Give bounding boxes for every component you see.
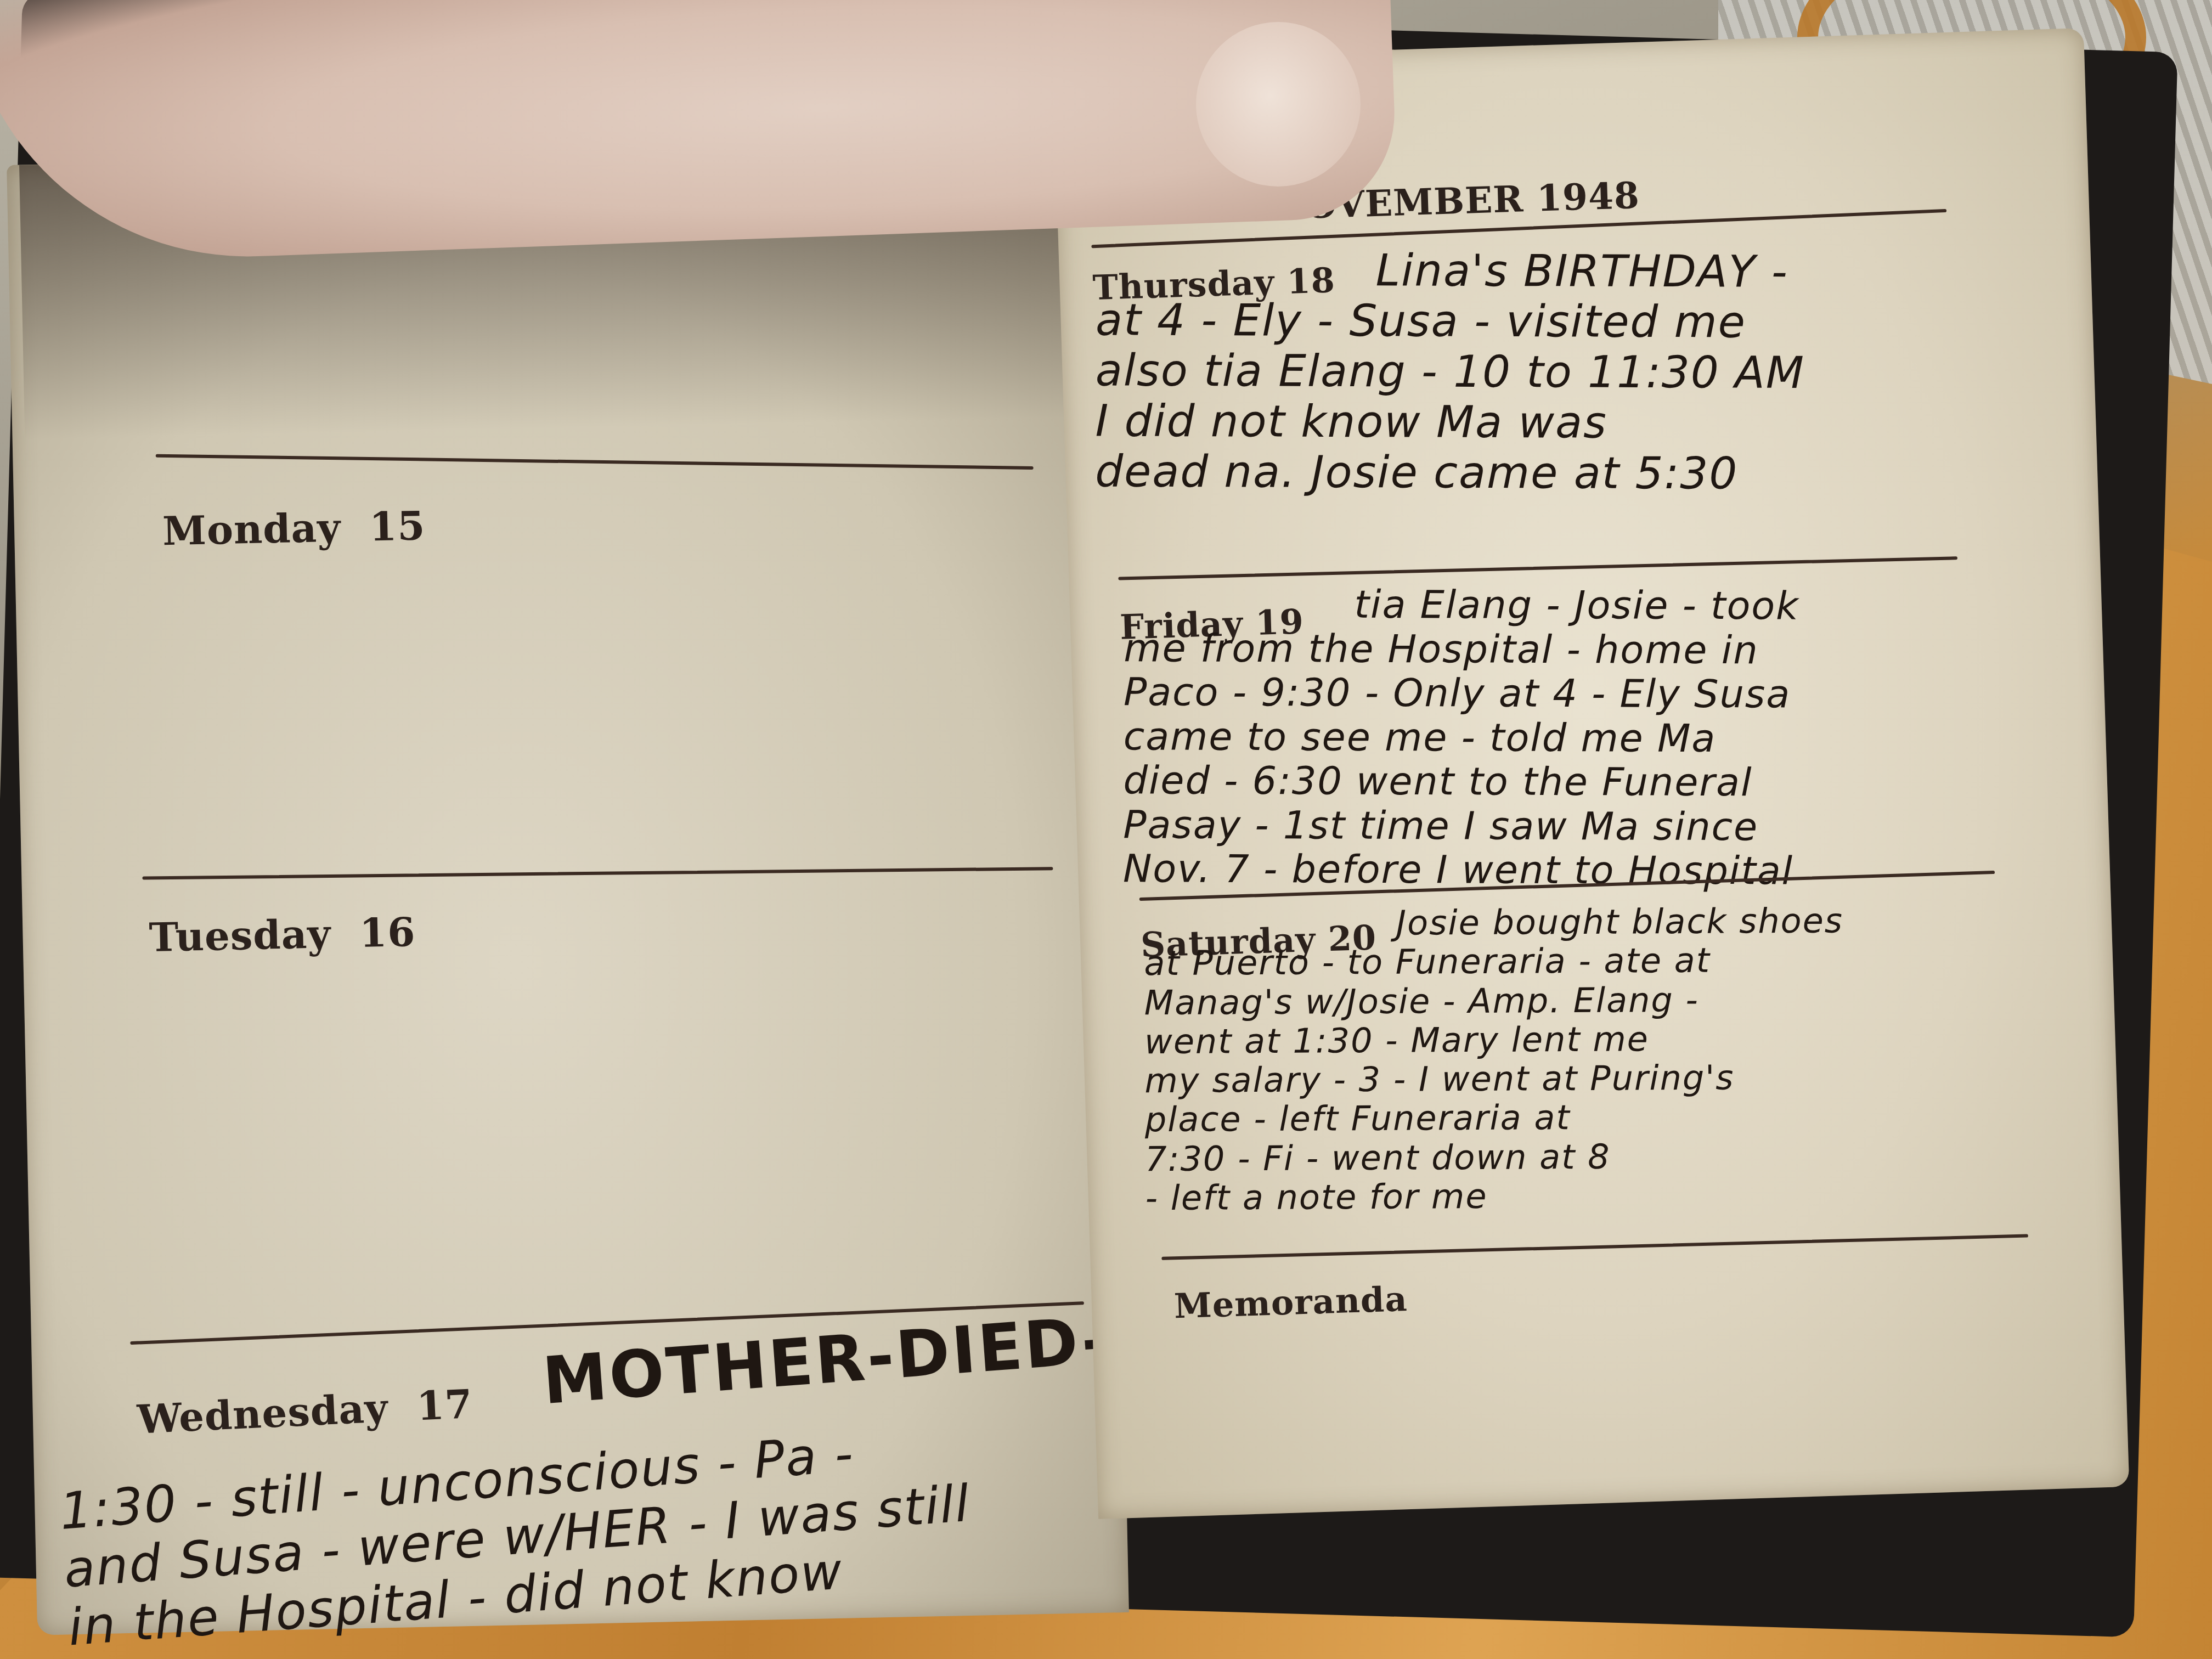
divider-rule — [1118, 556, 1957, 580]
day-name: Tuesday — [149, 910, 331, 961]
day-date: 15 — [369, 502, 426, 550]
entry-line: at Puerto - to Funeraria - ate at — [1144, 940, 1843, 983]
day-name: Wednesday — [136, 1384, 389, 1442]
day-label-tuesday: Tuesday 16 — [149, 909, 416, 961]
handwritten-entry-saturday: Josie bought black shoes at Puerto - to … — [1144, 901, 1845, 1217]
entry-line: tia Elang - Josie - took — [1124, 582, 1799, 628]
day-date: 16 — [359, 909, 416, 956]
entry-line: Lina's BIRTHDAY - — [1096, 244, 1805, 297]
entry-line: 7:30 - Fi - went down at 8 — [1145, 1136, 1844, 1178]
thumbnail — [1196, 22, 1361, 187]
entry-line: Pasay - 1st time I saw Ma since — [1123, 803, 1798, 849]
photo-scene: …nday 14 Monday 15 Tuesday 16 Wednesday … — [0, 0, 2212, 1659]
entry-line: dead na. Josie came at 5:30 — [1095, 446, 1804, 499]
entry-line: me from the Hospital - home in — [1124, 626, 1799, 673]
handwritten-entry-friday: tia Elang - Josie - took me from the Hos… — [1123, 582, 1799, 893]
entry-line: my salary - 3 - I went at Puring's — [1144, 1058, 1844, 1101]
divider-rule — [142, 867, 1053, 879]
entry-line: came to see me - told me Ma — [1124, 714, 1799, 761]
entry-line: Paco - 9:30 - Only at 4 - Ely Susa — [1124, 670, 1799, 716]
entry-line: at 4 - Ely - Susa - visited me — [1096, 295, 1805, 348]
right-page: NOVEMBER 1948 Thursday 18 Lina's BIRTHDA… — [1053, 28, 2130, 1519]
day-label-wednesday: Wednesday 17 — [136, 1380, 473, 1443]
entry-line: I did not know Ma was — [1095, 396, 1804, 449]
handwritten-headline-mother-died: MOTHER-DIED- — [540, 1302, 1113, 1419]
divider-rule — [1161, 1234, 2028, 1260]
entry-line: died - 6:30 went to the Funeral — [1123, 758, 1798, 805]
divider-rule — [156, 454, 1034, 470]
entry-line: Josie bought black shoes — [1144, 901, 1843, 944]
entry-line: - left a note for me — [1145, 1175, 1844, 1218]
handwritten-entry-thursday: Lina's BIRTHDAY - at 4 - Ely - Susa - vi… — [1095, 244, 1805, 499]
entry-line: Manag's w/Josie - Amp. Elang - — [1144, 979, 1844, 1022]
entry-line: Nov. 7 - before I went to Hospital — [1123, 847, 1798, 893]
entry-line: went at 1:30 - Mary lent me — [1144, 1018, 1844, 1061]
day-label-monday: Monday 15 — [162, 502, 426, 554]
entry-line: place - left Funeraria at — [1145, 1097, 1844, 1139]
memoranda-label: Memoranda — [1173, 1279, 1408, 1326]
day-name: Monday — [162, 504, 341, 555]
day-date: 17 — [415, 1380, 473, 1430]
entry-line: also tia Elang - 10 to 11:30 AM — [1096, 345, 1805, 398]
